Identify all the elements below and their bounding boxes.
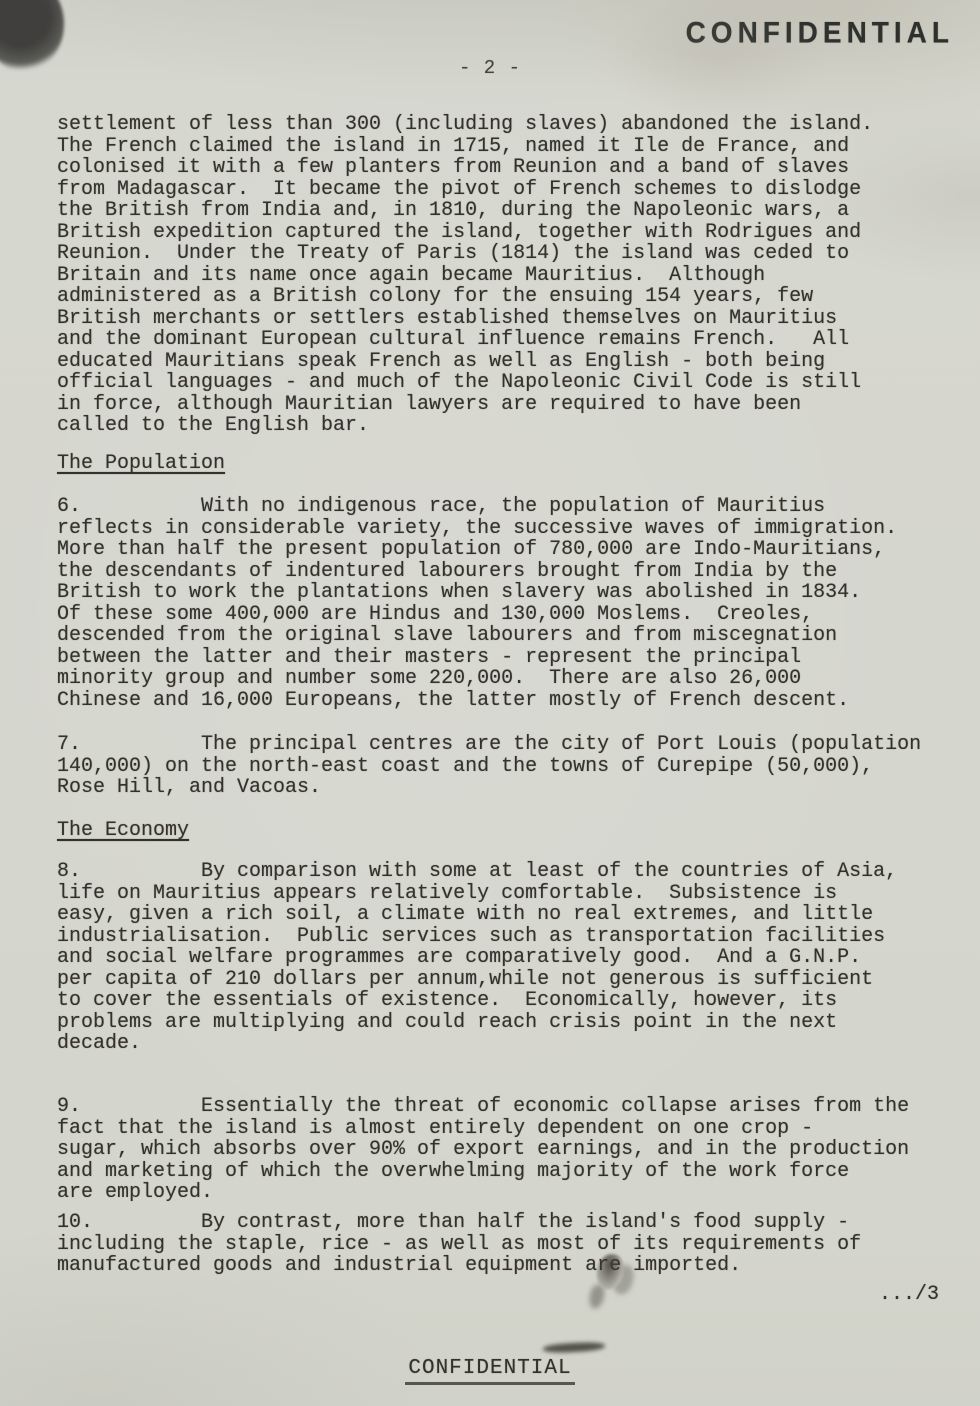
- confidential-header-stamp: CONFIDENTIAL: [686, 16, 954, 50]
- paragraph-7: 7. The principal centres are the city of…: [57, 734, 921, 799]
- intro-paragraph: settlement of less than 300 (including s…: [57, 114, 873, 437]
- section-heading-population: The Population: [57, 453, 225, 475]
- paragraph-6: 6. With no indigenous race, the populati…: [57, 496, 897, 711]
- footer: CONFIDENTIAL: [0, 1357, 980, 1385]
- scanned-document-page: CONFIDENTIAL - 2 - settlement of less th…: [0, 0, 980, 1406]
- ink-smudge-footer: [543, 1341, 605, 1353]
- paragraph-8: 8. By comparison with some at least of t…: [57, 861, 897, 1055]
- paragraph-10: 10. By contrast, more than half the isla…: [57, 1212, 861, 1277]
- section-heading-economy: The Economy: [57, 820, 189, 842]
- confidential-footer-stamp: CONFIDENTIAL: [405, 1357, 574, 1385]
- page-number: - 2 -: [0, 58, 980, 79]
- paragraph-9: 9. Essentially the threat of economic co…: [57, 1096, 909, 1204]
- continuation-mark: .../3: [879, 1283, 939, 1306]
